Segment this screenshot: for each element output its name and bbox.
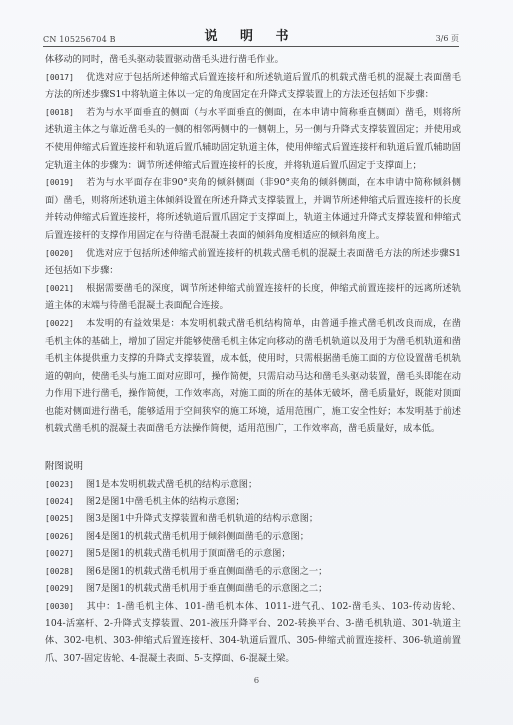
paragraph-text: 图1是本发明机载式凿毛机的结构示意图； — [86, 479, 257, 490]
paragraph-number: [0022] — [45, 319, 74, 328]
continuation-text: 体移动的同时，凿毛头驱动装置驱动凿毛头进行凿毛作业。 — [45, 51, 461, 69]
paragraph-0020: [0020]优选对应于包括所述伸缩式前置连接杆的机载式凿毛机的混凝土表面凿毛方法… — [45, 245, 461, 280]
paragraph-text: 其中：1-凿毛机主体、101-凿毛机本体、1011-进气孔、102-凿毛头、10… — [45, 601, 461, 664]
paragraph-0027: [0027]图5是图1的机载式凿毛机用于顶面凿毛的示意图； — [45, 545, 461, 562]
paragraph-text: 图2是图1中凿毛机主体的结构示意图； — [86, 496, 245, 507]
paragraph-0024: [0024]图2是图1中凿毛机主体的结构示意图； — [45, 493, 461, 510]
paragraph-0022: [0022]本发明的有益效果是：本发明机载式凿毛机结构简单，由普通手推式凿毛机改… — [45, 315, 461, 438]
page-count: 3/6 页 — [436, 33, 459, 44]
paragraph-0030: [0030]其中：1-凿毛机主体、101-凿毛机本体、1011-进气孔、102-… — [45, 598, 461, 668]
paragraph-number: [0025] — [45, 514, 74, 523]
document-title: 说 明 书 — [204, 25, 297, 44]
paragraph-number: [0029] — [45, 584, 74, 593]
paragraph-text: 优选对应于包括所述伸缩式后置连接杆和所述轨道后置爪的机载式凿毛机的混凝土表面凿毛… — [45, 72, 461, 101]
paragraph-number: [0027] — [45, 549, 74, 558]
paragraph-number: [0026] — [45, 532, 74, 541]
paragraph-number: [0020] — [45, 249, 74, 258]
paragraph-0018: [0018]若为与水平面垂直的侧面（与水平面垂直的侧面，在本申请中简称垂直侧面）… — [45, 104, 461, 174]
paragraph-number: [0030] — [45, 602, 74, 611]
paragraph-0025: [0025]图3是图1中升降式支撑装置和凿毛机轨道的结构示意图； — [45, 510, 461, 527]
paragraph-text: 若为与水平面垂直的侧面（与水平面垂直的侧面，在本申请中简称垂直侧面）凿毛，则将所… — [45, 107, 461, 171]
paragraph-number: [0023] — [45, 480, 74, 489]
paragraph-number: [0017] — [45, 73, 74, 82]
paragraph-text: 图6是图1的机载式凿毛机用于垂直侧面凿毛的示意图之一； — [86, 566, 327, 577]
paragraph-0019: [0019]若为与水平面存在非90°夹角的倾斜侧面（非90°夹角的倾斜侧面，在本… — [45, 174, 461, 244]
page-number: 6 — [0, 676, 513, 686]
paragraph-number: [0018] — [45, 108, 74, 117]
figure-description-list: [0023]图1是本发明机载式凿毛机的结构示意图； [0024]图2是图1中凿毛… — [45, 476, 461, 667]
paragraph-text: 图7是图1的机载式凿毛机用于垂直侧面凿毛的示意图之二； — [86, 583, 327, 594]
paragraph-text: 图3是图1中升降式支撑装置和凿毛机轨道的结构示意图； — [86, 513, 318, 524]
figures-section-heading: 附图说明 — [45, 458, 461, 476]
document-body: 体移动的同时，凿毛头驱动装置驱动凿毛头进行凿毛作业。 [0017]优选对应于包括… — [45, 51, 461, 667]
paragraph-text: 若为与水平面存在非90°夹角的倾斜侧面（非90°夹角的倾斜侧面，在本申请中简称倾… — [45, 177, 461, 241]
paragraph-0023: [0023]图1是本发明机载式凿毛机的结构示意图； — [45, 476, 461, 493]
paragraph-text: 图5是图1的机载式凿毛机用于顶面凿毛的示意图； — [86, 548, 291, 559]
paragraph-0021: [0021]根据需要凿毛的深度，调节所述伸缩式前置连接杆的长度，伸缩式前置连接杆… — [45, 280, 461, 315]
patent-number: CN 105256704 B — [43, 35, 116, 44]
paragraph-number: [0028] — [45, 567, 74, 576]
paragraph-0017: [0017]优选对应于包括所述伸缩式后置连接杆和所述轨道后置爪的机载式凿毛机的混… — [45, 69, 461, 104]
paragraph-text: 优选对应于包括所述伸缩式前置连接杆的机载式凿毛机的混凝土表面凿毛方法的所述步骤S… — [45, 248, 461, 277]
document-page: CN 105256704 B 说 明 书 3/6 页 体移动的同时，凿毛头驱动装… — [0, 0, 513, 725]
paragraph-0028: [0028]图6是图1的机载式凿毛机用于垂直侧面凿毛的示意图之一； — [45, 563, 461, 580]
paragraph-number: [0019] — [45, 178, 74, 187]
paragraph-0026: [0026]图4是图1的机载式凿毛机用于倾斜侧面凿毛的示意图； — [45, 528, 461, 545]
paragraph-number: [0024] — [45, 497, 74, 506]
paragraph-text: 本发明的有益效果是：本发明机载式凿毛机结构简单，由普通手推式凿毛机改良而成，在凿… — [45, 318, 461, 435]
paragraph-text: 根据需要凿毛的深度，调节所述伸缩式前置连接杆的长度，伸缩式前置连接杆的远离所述轨… — [45, 283, 461, 312]
paragraph-text: 图4是图1的机载式凿毛机用于倾斜侧面凿毛的示意图； — [86, 531, 309, 542]
paragraph-0029: [0029]图7是图1的机载式凿毛机用于垂直侧面凿毛的示意图之二； — [45, 580, 461, 597]
paragraph-number: [0021] — [45, 284, 74, 293]
page-header: CN 105256704 B 说 明 书 3/6 页 — [43, 28, 459, 47]
